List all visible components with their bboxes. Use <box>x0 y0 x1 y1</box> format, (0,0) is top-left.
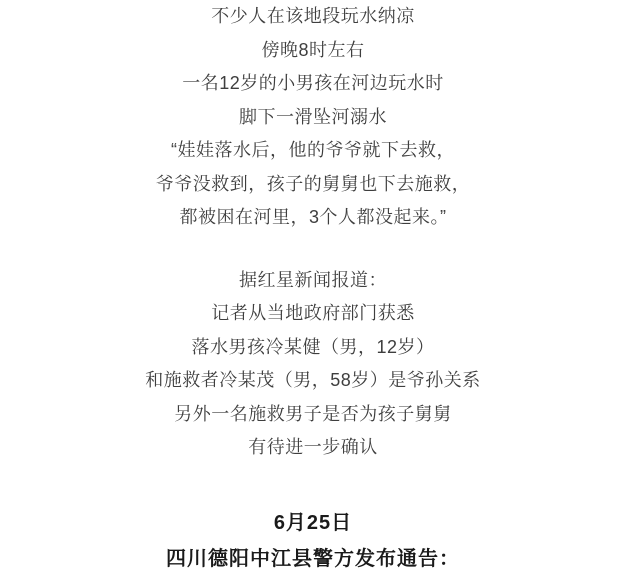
text-line: 另外一名施救男子是否为孩子舅舅 <box>0 398 626 432</box>
paragraph-police-notice-heading: 6月25日 四川德阳中江县警方发布通告： <box>0 505 626 577</box>
paragraph-news-report: 据红星新闻报道： 记者从当地政府部门获悉 落水男孩冷某健（男，12岁） 和施救者… <box>0 264 626 465</box>
text-line-announcement: 四川德阳中江县警方发布通告： <box>0 541 626 577</box>
text-line: 落水男孩冷某健（男，12岁） <box>0 331 626 365</box>
text-line: 据红星新闻报道： <box>0 264 626 298</box>
article-body: 不少人在该地段玩水纳凉 傍晚8时左右 一名12岁的小男孩在河边玩水时 脚下一滑坠… <box>0 0 626 577</box>
text-line: 记者从当地政府部门获悉 <box>0 297 626 331</box>
text-line: 有待进一步确认 <box>0 431 626 465</box>
text-line-quote: 都被困在河里，3个人都没起来。” <box>0 201 626 235</box>
paragraph-scene-description: 不少人在该地段玩水纳凉 傍晚8时左右 一名12岁的小男孩在河边玩水时 脚下一滑坠… <box>0 0 626 235</box>
text-line: 脚下一滑坠河溺水 <box>0 101 626 135</box>
text-line: 一名12岁的小男孩在河边玩水时 <box>0 67 626 101</box>
text-line: 和施救者冷某茂（男，58岁）是爷孙关系 <box>0 364 626 398</box>
text-line-quote: “娃娃落水后，他的爷爷就下去救， <box>0 134 626 168</box>
text-line: 傍晚8时左右 <box>0 34 626 68</box>
text-line-date: 6月25日 <box>0 505 626 541</box>
text-line-quote: 爷爷没救到，孩子的舅舅也下去施救， <box>0 168 626 202</box>
text-line: 不少人在该地段玩水纳凉 <box>0 0 626 34</box>
